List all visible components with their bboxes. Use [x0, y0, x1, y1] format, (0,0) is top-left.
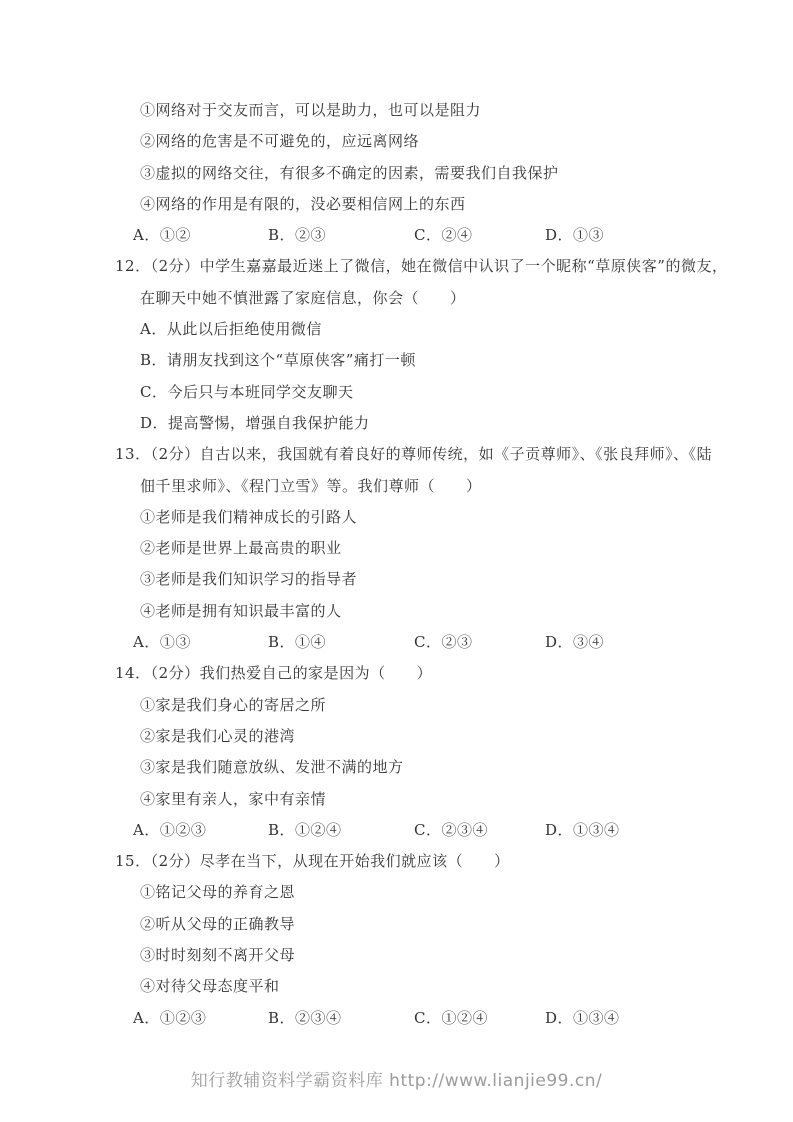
question-13-choice-a: A．①③	[133, 627, 191, 658]
question-14-statement-4: ④家里有亲人，家中有亲情	[0, 784, 793, 815]
question-11-choice-a: A．①②	[133, 220, 191, 251]
question-13-statement-1: ①老师是我们精神成长的引路人	[0, 502, 793, 533]
question-13-choices: A．①③ B．①④ C．②③ D．③④	[0, 627, 793, 658]
exam-paper-page: ①网络对于交友而言，可以是助力，也可以是阻力 ②网络的危害是不可避免的，应远离网…	[0, 0, 793, 1122]
question-13-stem-line-1: 13．（2分）自古以来，我国就有着良好的尊师传统，如《子贡尊师》、《张良拜师》、…	[0, 439, 793, 470]
question-15-stem-line-1: 15．（2分）尽孝在当下，从现在开始我们就应该（ ）	[0, 846, 793, 877]
question-11-statement-4: ④网络的作用是有限的，没必要相信网上的东西	[0, 189, 793, 220]
question-14-choice-a: A．①②③	[133, 815, 206, 846]
question-14-choice-d: D．①③④	[545, 815, 620, 846]
question-11-choice-b: B．②③	[268, 220, 326, 251]
question-14-choice-c: C．②③④	[414, 815, 488, 846]
question-11-choices: A．①② B．②③ C．②④ D．①③	[0, 220, 793, 251]
question-11-statement-3: ③虚拟的网络交往，有很多不确定的因素，需要我们自我保护	[0, 158, 793, 189]
question-13-statement-2: ②老师是世界上最高贵的职业	[0, 533, 793, 564]
question-11-choice-c: C．②④	[414, 220, 472, 251]
question-14-statement-3: ③家是我们随意放纵、发泄不满的地方	[0, 752, 793, 783]
question-11: ①网络对于交友而言，可以是助力，也可以是阻力 ②网络的危害是不可避免的，应远离网…	[0, 95, 793, 251]
question-14-choice-b: B．①②④	[268, 815, 342, 846]
question-13-statement-3: ③老师是我们知识学习的指导者	[0, 564, 793, 595]
question-11-statement-2: ②网络的危害是不可避免的，应远离网络	[0, 126, 793, 157]
question-15: 15．（2分）尽孝在当下，从现在开始我们就应该（ ） ①铭记父母的养育之恩 ②听…	[0, 846, 793, 1034]
question-14-stem-line-1: 14．（2分）我们热爱自己的家是因为（ ）	[0, 658, 793, 689]
question-15-statement-3: ③时时刻刻不离开父母	[0, 940, 793, 971]
exam-content: ①网络对于交友而言，可以是助力，也可以是阻力 ②网络的危害是不可避免的，应远离网…	[0, 0, 793, 1034]
question-14: 14．（2分）我们热爱自己的家是因为（ ） ①家是我们身心的寄居之所 ②家是我们…	[0, 658, 793, 846]
question-12-option-a: A．从此以后拒绝使用微信	[0, 314, 793, 345]
question-12-option-d: D．提高警惕，增强自我保护能力	[0, 408, 793, 439]
question-12-stem-line-1: 12．（2分）中学生嘉嘉最近迷上了微信，她在微信中认识了一个昵称“草原侠客”的微…	[0, 251, 793, 282]
question-14-statement-1: ①家是我们身心的寄居之所	[0, 690, 793, 721]
question-15-statement-1: ①铭记父母的养育之恩	[0, 877, 793, 908]
question-15-choices: A．①②③ B．②③④ C．①②④ D．①③④	[0, 1003, 793, 1034]
question-12-option-b: B．请朋友找到这个“草原侠客”痛打一顿	[0, 345, 793, 376]
question-12: 12．（2分）中学生嘉嘉最近迷上了微信，她在微信中认识了一个昵称“草原侠客”的微…	[0, 251, 793, 439]
question-13-choice-c: C．②③	[414, 627, 472, 658]
question-15-choice-c: C．①②④	[414, 1003, 488, 1034]
question-12-option-c: C．今后只与本班同学交友聊天	[0, 377, 793, 408]
footer: 知行教辅资料学霸资料库 http://www.lianjie99.cn/	[0, 1066, 793, 1091]
question-13-statement-4: ④老师是拥有知识最丰富的人	[0, 596, 793, 627]
question-12-stem-line-2: 在聊天中她不慎泄露了家庭信息，你会（ ）	[0, 283, 793, 314]
question-14-choices: A．①②③ B．①②④ C．②③④ D．①③④	[0, 815, 793, 846]
question-13-choice-b: B．①④	[268, 627, 326, 658]
question-11-statement-1: ①网络对于交友而言，可以是助力，也可以是阻力	[0, 95, 793, 126]
question-11-choice-d: D．①③	[545, 220, 604, 251]
question-15-statement-2: ②听从父母的正确教导	[0, 909, 793, 940]
footer-watermark-text: 知行教辅资料学霸资料库 http://www.lianjie99.cn/	[191, 1071, 602, 1091]
question-14-statement-2: ②家是我们心灵的港湾	[0, 721, 793, 752]
question-13-stem-line-2: 佃千里求师》、《程门立雪》等。我们尊师（ ）	[0, 471, 793, 502]
question-15-choice-b: B．②③④	[268, 1003, 342, 1034]
question-13: 13．（2分）自古以来，我国就有着良好的尊师传统，如《子贡尊师》、《张良拜师》、…	[0, 439, 793, 658]
question-15-statement-4: ④对待父母态度平和	[0, 971, 793, 1002]
question-15-choice-d: D．①③④	[545, 1003, 620, 1034]
question-13-choice-d: D．③④	[545, 627, 604, 658]
question-15-choice-a: A．①②③	[133, 1003, 206, 1034]
